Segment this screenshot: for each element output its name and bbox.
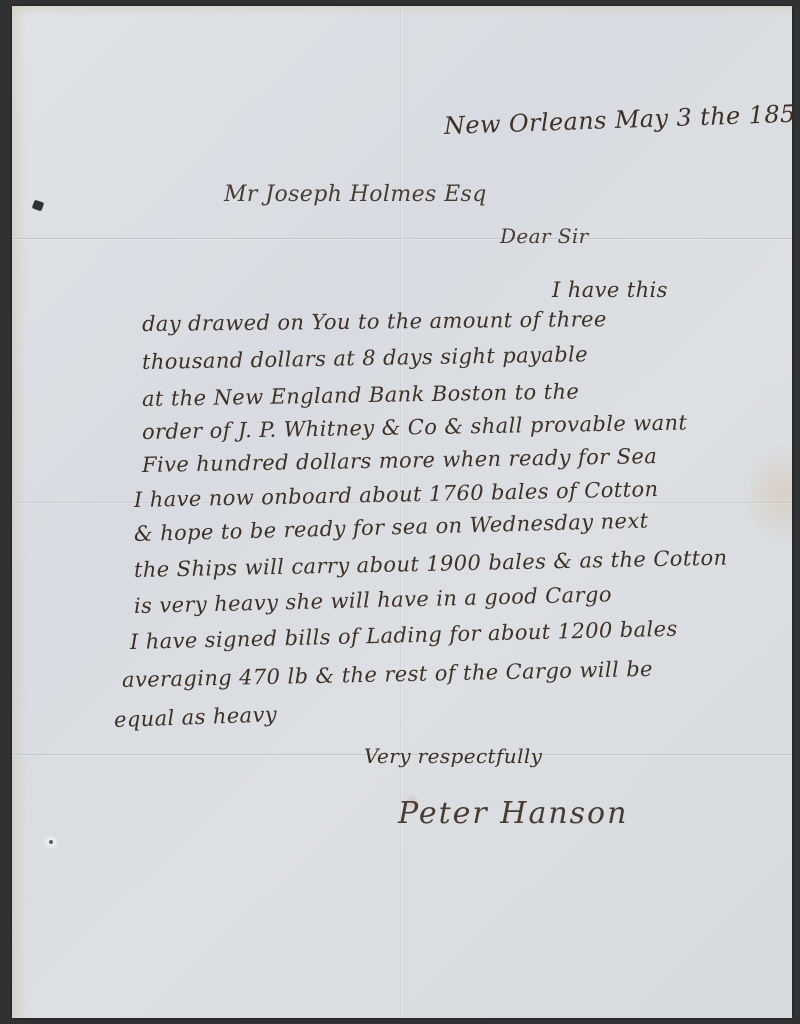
fold-line <box>12 238 792 240</box>
salutation: Dear Sir <box>500 224 589 248</box>
body-line: day drawed on You to the amount of three <box>142 307 607 336</box>
signature: Peter Hanson <box>398 796 628 831</box>
body-line: thousand dollars at 8 days sight payable <box>142 342 588 374</box>
body-line: at the New England Bank Boston to the <box>142 379 580 411</box>
body-line: is very heavy she will have in a good Ca… <box>134 582 612 618</box>
letter-sheet: New Orleans May 3 the 1851 Mr Joseph Hol… <box>12 6 792 1018</box>
body-line: the Ships will carry about 1900 bales & … <box>134 546 728 582</box>
body-line: I have now onboard about 1760 bales of C… <box>134 477 659 512</box>
body-line: & hope to be ready for sea on Wednesday … <box>134 509 649 546</box>
body-line: I have this <box>552 278 668 302</box>
body-line: Five hundred dollars more when ready for… <box>142 444 658 477</box>
pinhole <box>49 840 53 844</box>
fold-line <box>400 6 402 1018</box>
body-line: I have signed bills of Lading for about … <box>130 617 678 654</box>
body-line: order of J. P. Whitney & Co & shall prov… <box>142 410 688 444</box>
dateline: New Orleans May 3 the 1851 <box>444 99 800 140</box>
body-line: averaging 470 lb & the rest of the Cargo… <box>122 657 653 692</box>
paper-hole <box>32 200 44 212</box>
addressee: Mr Joseph Holmes Esq <box>224 182 487 207</box>
closing: Very respectfully <box>364 744 542 768</box>
body-line: equal as heavy <box>114 702 278 732</box>
